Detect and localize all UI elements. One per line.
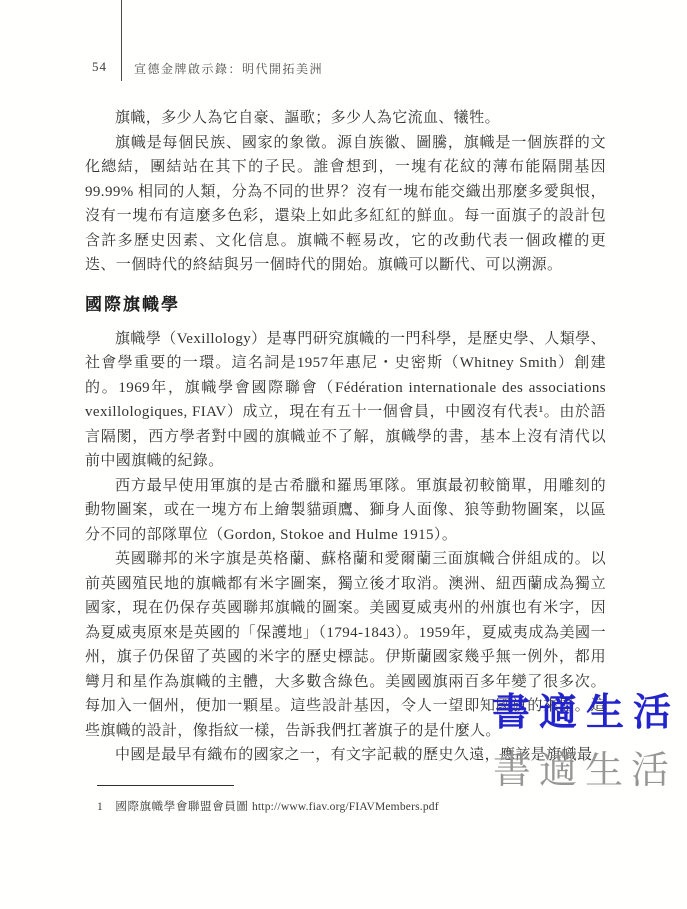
footnote-divider-line — [97, 785, 234, 786]
paragraph-union-jack: 英國聯邦的米字旗是英格蘭、蘇格蘭和愛爾蘭三面旗幟合併組成的。以前英國殖民地的旗幟… — [85, 547, 606, 743]
paragraph-military-flags: 西方最早使用軍旗的是古希臘和羅馬軍隊。軍旗最初較簡單，用雕刻的動物圖案，或在一塊… — [85, 474, 606, 548]
body-text: 旗幟，多少人為它自豪、謳歌；多少人為它流血、犧牲。 旗幟是每個民族、國家的象徵。… — [85, 106, 606, 768]
footnote-text: 國際旗幟學會聯盟會員圖 — [115, 801, 248, 813]
running-title: 宣德金牌啟示錄：明代開拓美洲 — [134, 60, 323, 77]
header-divider-line — [121, 0, 122, 81]
paragraph-china-weaving: 中國是最早有織布的國家之一，有文字記載的歷史久遠，應該是旗幟最 — [85, 743, 606, 768]
paragraph-vexillology: 旗幟學（Vexillology）是專門研究旗幟的一門科學，是歷史學、人類學、社會… — [85, 327, 606, 474]
section-heading: 國際旗幟學 — [85, 292, 606, 318]
paragraph-flag-intro: 旗幟，多少人為它自豪、謳歌；多少人為它流血、犧牲。 — [85, 106, 606, 131]
book-page: 54 宣德金牌啟示錄：明代開拓美洲 旗幟，多少人為它自豪、謳歌；多少人為它流血、… — [0, 0, 687, 909]
page-number: 54 — [92, 59, 107, 75]
footnote: 1國際旗幟學會聯盟會員圖 http://www.fiav.org/FIAVMem… — [97, 798, 597, 814]
footnote-url: http://www.fiav.org/FIAVMembers.pdf — [252, 801, 439, 813]
footnote-marker: 1 — [97, 801, 103, 813]
paragraph-flag-symbolism: 旗幟是每個民族、國家的象徵。源自族徽、圖騰，旗幟是一個族群的文化總結，團結站在其… — [85, 131, 606, 278]
